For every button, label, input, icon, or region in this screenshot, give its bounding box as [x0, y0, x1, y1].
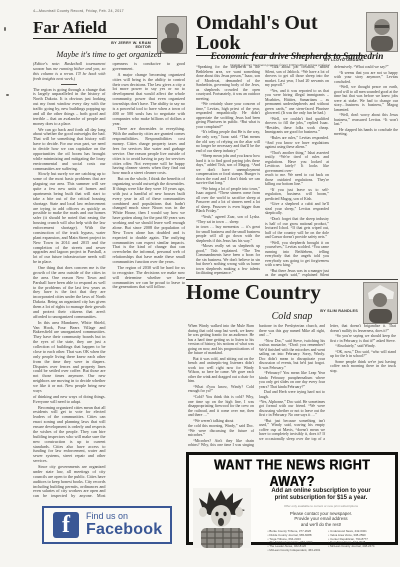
far-afield-title: Far Afield [33, 19, 155, 36]
far-afield-headline: Maybe it's time to get organized [33, 50, 185, 59]
far-afield-col1-paragraphs: The region is going through a change tha… [33, 88, 106, 394]
excited-reader-photo [193, 488, 251, 548]
ad-papers-right-column: Underwood News, 442-6321Velva Area Voice… [328, 530, 374, 552]
excited-person-illustration [193, 488, 251, 548]
scan-artifact [6, 94, 9, 96]
facebook-badge-line1: Find us on [86, 512, 162, 521]
paragraph: “So you're saying we should keep the fir… [330, 334, 396, 343]
paragraph: But it was cold, and sitting out on the … [188, 357, 254, 384]
paragraph: “What d'you know, Windy? Cold enough for… [188, 385, 254, 394]
paragraph: McLean County Journal, 448-2474 [328, 545, 374, 549]
paragraph: “Yeah,” agreed Zoar, son of Lysha. “They… [196, 215, 260, 224]
paragraph: the cold this morning, Windy,” said Doc.… [188, 424, 254, 438]
paragraph: When Windy walked into the Mule Barn dur… [188, 324, 254, 356]
paragraph: “Cold? You think this is cold? Why, one … [188, 395, 254, 418]
paragraph: in town … buy mementos … it's great for … [196, 225, 260, 243]
facebook-badge-line2: Facebook [86, 522, 162, 538]
scan-artifact [4, 27, 6, 31]
ad-papers-left-column: Burke County Tribune, 377-2626Divide Cou… [268, 530, 321, 552]
newspaper-page: 4—Mountrail County Record, Friday, Feb. … [0, 0, 400, 567]
paragraph: “We certainly share your concern of time… [196, 102, 260, 129]
paragraph: “Well, we couldn't find qualified drover… [265, 117, 329, 135]
paragraph: He clapped his hands to conclude the mee… [334, 128, 398, 137]
paragraph: “Give a shepherd a cubit and he'll steal… [265, 202, 329, 216]
paragraph: We can go back and forth all day long ab… [33, 128, 106, 172]
paragraph: The region of 2030 will be hard for us t… [113, 266, 186, 290]
paragraph: Slowly but surely we are catching up to … [33, 172, 106, 265]
paragraph: “Well, you shepherds brought it on yours… [265, 241, 329, 268]
far-afield-article: (Editor's note: Basketball tournament se… [33, 62, 185, 502]
paragraph: “It seems that you are not so happy with… [334, 71, 398, 85]
far-afield-masthead: Far Afield BY JERRY W. KRAM EDITOR [33, 19, 155, 49]
paragraph: One thing that does concern me is the gr… [33, 266, 106, 320]
paragraph: reach to me. We need to cut back on thos… [265, 173, 329, 187]
paragraph: “Absolutely,” said Windy. [330, 344, 396, 349]
ad-contact-line3: and we'll do the rest! [251, 522, 391, 528]
far-afield-byline-role: EDITOR [33, 45, 151, 49]
ad-contact-lines: Please contact your newspaper. Provide y… [251, 511, 391, 528]
ad-fine-print: Offer only available to current or new p… [251, 504, 391, 508]
subscription-ad: WANT THE NEWS RIGHT AWAY? Add an onlin [186, 452, 398, 545]
facebook-badge-text: Find us on Facebook [86, 512, 162, 538]
paragraph: “We bring a lot of people into town,” Is… [196, 187, 260, 214]
home-country-headline: Cold snap [188, 311, 396, 322]
omdahl-col1-paragraphs: “Speaking for the shepherds in the Bethl… [196, 65, 260, 224]
ad-newspaper-list: Burke County Tribune, 377-2626Divide Cou… [251, 530, 391, 552]
ad-text-block: Add an online subscription to your print… [251, 488, 391, 552]
paragraph: A major change becoming organized cities… [113, 73, 186, 127]
ad-offer-line2: print subscription for $15 a year. [251, 495, 391, 502]
paragraph: “Moses really set us shepherds up good,”… [196, 244, 260, 276]
paragraph: “Don't forget that the sheep industry is… [265, 217, 329, 240]
omdahl-article: “Speaking for the shepherds in the Bethl… [196, 65, 398, 278]
paragraph: There are downsides to everything. With … [113, 127, 186, 176]
paragraph: In this area Mandaree, White Shield, Van… [33, 321, 106, 394]
paragraph: The region is going through a change tha… [33, 88, 106, 127]
paragraph: “It's telling people that He is the way,… [196, 130, 260, 153]
paragraph: Becoming organized cities mean that all … [33, 406, 106, 465]
ad-body: Add an online subscription to your print… [193, 488, 391, 552]
ad-headline: WANT THE NEWS RIGHT AWAY? [193, 457, 391, 489]
paragraph: “Rules are rules,” Levitas responded. “A… [265, 136, 329, 150]
home-country-title: Home Country [186, 282, 358, 303]
editors-note: (Editor's note: Basketball tournament se… [33, 62, 106, 82]
home-country-article: When Windy walked into the Mule Barn dur… [188, 324, 396, 450]
home-country-col1-paragraphs: When Windy walked into the Mule Barn dur… [188, 324, 254, 423]
paragraph: “We weren't talking about [188, 419, 254, 424]
omdahl-headline: Economic fear drive Shepherds to Sanhedr… [196, 52, 398, 62]
paragraph: of thinking and new ways of doing things… [33, 395, 106, 405]
page-header-note: 4—Mountrail County Record, Friday, Feb. … [33, 9, 124, 13]
far-afield-columnist-photo [157, 16, 187, 54]
paragraph: “Yes, Alphonse,” Doc said. He sometimes … [259, 400, 325, 418]
paragraph: “Talk about job creation,” added Silent,… [265, 65, 329, 88]
find-us-on-facebook-badge: f Find us on Facebook [42, 506, 172, 544]
paragraph: “That's another thing,” Ishai asserted t… [265, 151, 329, 174]
paragraph: Some people think we're just having coff… [330, 360, 396, 374]
note-divider [61, 84, 77, 85]
paragraph: Dud and Herb were trying hard not to lau… [259, 390, 325, 399]
omdahl-columnist-photo [366, 12, 398, 52]
paragraph: “Well, don't worry about this Jesus busi… [334, 113, 398, 127]
paragraph: “Sheep mean jobs and you know how hard i… [196, 154, 260, 186]
paragraph: “Well, we thought peace on earth, good w… [334, 85, 398, 112]
facebook-icon: f [53, 512, 79, 538]
paragraph: “Speaking for the shepherds in the Bethl… [196, 65, 260, 101]
paragraph: “Yes, and it was reported to us that you… [265, 89, 329, 116]
home-country-masthead: Home Country [186, 282, 358, 303]
paragraph: “If you just leave us to self-regulation… [265, 188, 329, 202]
paragraph: “February? You mean like Leap Year kinda… [259, 371, 325, 389]
paragraph: But on the whole, I think the benefits o… [113, 177, 186, 265]
omdahl-title: Omdahl's Out Look [196, 13, 364, 53]
paragraph: McLean County Independent, 463-2201 [268, 549, 321, 553]
headshot-silhouette [367, 13, 397, 51]
paragraph: “OK, now,” Doc said, “who will stand up … [330, 350, 396, 359]
headshot-silhouette [158, 17, 186, 53]
paragraph: “Now Doc,” said Steve, twitching his wal… [259, 339, 325, 371]
